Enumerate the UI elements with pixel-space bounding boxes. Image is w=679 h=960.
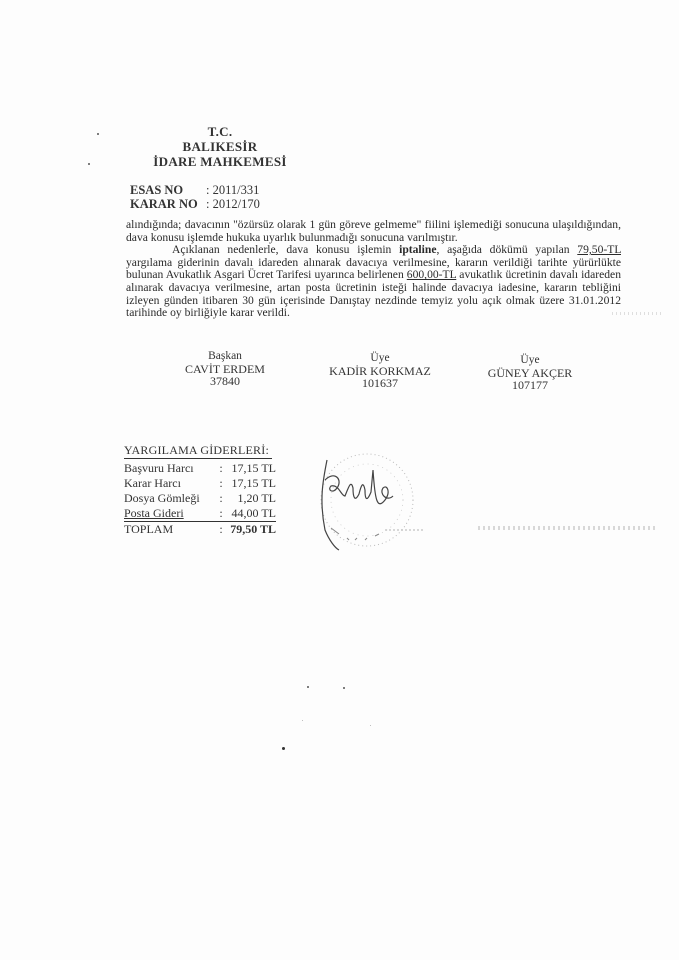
cost-row: Dosya Gömleği : 1,20 TL [124, 491, 276, 506]
paragraph-2: Açıklanan nedenlerle, dava konusu işlemi… [126, 244, 621, 320]
scan-speck [88, 163, 90, 165]
costs-title: YARGILAMA GİDERLERİ: [124, 443, 272, 459]
header-tc: T.C. [130, 124, 310, 139]
scan-speck [307, 686, 309, 688]
esas-value: : 2011/331 [206, 183, 259, 197]
scan-noise [478, 526, 658, 530]
scan-speck [282, 747, 285, 750]
case-references: ESAS NO : 2011/331 KARAR NO : 2012/170 [130, 183, 260, 211]
document-page: T.C. BALIKESİR İDARE MAHKEMESİ ESAS NO :… [0, 0, 679, 960]
scan-noise [612, 312, 662, 315]
header-court: İDARE MAHKEMESİ [130, 154, 310, 169]
signature-stamp-icon [295, 440, 425, 560]
cost-row: Başvuru Harcı : 17,15 TL [124, 461, 276, 476]
judge-president: Başkan CAVİT ERDEM 37840 [150, 350, 300, 388]
header-city: BALIKESİR [130, 139, 310, 154]
amount-costs: 79,50-TL [577, 243, 621, 256]
esas-label: ESAS NO [130, 183, 206, 197]
scan-speck [97, 133, 99, 135]
cost-total-row: TOPLAM : 79,50 TL [124, 522, 276, 538]
iptal-text: iptaline [399, 243, 436, 256]
karar-label: KARAR NO [130, 197, 206, 211]
scan-speck [302, 720, 303, 721]
decision-body: alındığında; davacının "özürsüz olarak 1… [126, 219, 621, 320]
amount-attorney-fee: 600,00-TL [407, 268, 456, 281]
scan-speck [370, 725, 371, 726]
court-header: T.C. BALIKESİR İDARE MAHKEMESİ [130, 124, 310, 169]
scan-speck [343, 687, 345, 689]
costs-table: YARGILAMA GİDERLERİ: Başvuru Harcı : 17,… [124, 443, 276, 537]
paragraph-1: alındığında; davacının "özürsüz olarak 1… [126, 219, 621, 244]
judge-member-1: Üye KADİR KORKMAZ 101637 [305, 352, 455, 390]
cost-row: Karar Harcı : 17,15 TL [124, 476, 276, 491]
karar-value: : 2012/170 [206, 197, 260, 211]
cost-row: Posta Gideri : 44,00 TL [124, 506, 276, 522]
judge-member-2: Üye GÜNEY AKÇER 107177 [455, 354, 605, 392]
